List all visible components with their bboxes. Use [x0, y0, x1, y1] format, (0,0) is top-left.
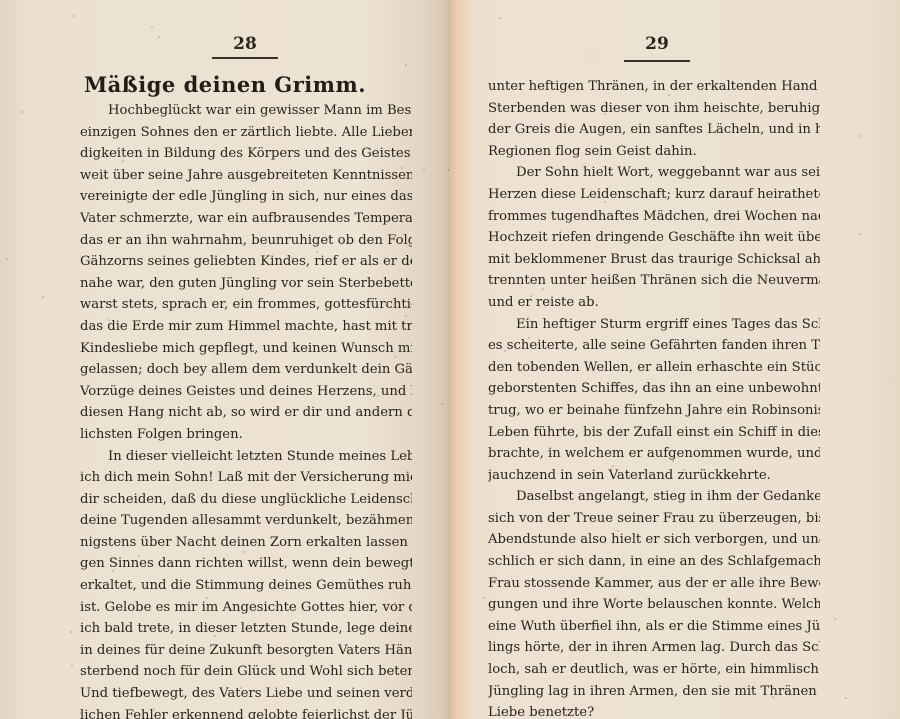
paper-speck [668, 94, 670, 96]
text-line: Der Sohn hielt Wort, weggebannt war aus … [488, 162, 820, 184]
paper-speck [594, 625, 596, 627]
text-line: sterbend noch für dein Glück und Wohl si… [80, 661, 412, 683]
paper-speck [70, 631, 72, 633]
text-line: in deines für deine Zukunft besorgten Va… [80, 640, 412, 662]
paper-speck [483, 597, 485, 599]
text-line: jauchzend in sein Vaterland zurückkehrte… [488, 465, 820, 487]
paper-speck [103, 175, 105, 177]
text-line: unter heftigen Thränen, in der erkaltend… [488, 76, 820, 98]
paper-speck [860, 135, 862, 137]
paper-speck [448, 169, 450, 171]
text-line: eine Wuth überfiel ihn, als er die Stimm… [488, 616, 820, 638]
text-line: nigstens über Nacht deinen Zorn erkalten… [80, 532, 412, 554]
text-line: Ein heftiger Sturm ergriff eines Tages d… [488, 314, 820, 336]
paper-speck [42, 296, 44, 298]
paper-speck [122, 160, 124, 162]
text-line: gelassen; doch bey allem dem verdunkelt … [80, 359, 412, 381]
paper-speck [377, 395, 379, 397]
paper-speck [71, 665, 73, 667]
paper-speck [405, 64, 407, 66]
paper-speck [153, 708, 155, 710]
paper-speck [394, 602, 396, 604]
paper-speck [316, 251, 318, 253]
paper-speck [499, 17, 501, 19]
paper-speck [859, 233, 861, 235]
text-line: das er an ihn wahrnahm, beunruhiget ob d… [80, 230, 412, 252]
paper-speck [206, 597, 208, 599]
text-line: gungen und ihre Worte belauschen konnte.… [488, 594, 820, 616]
right-page: 29 unter heftigen Thränen, in der erkalt… [450, 0, 900, 719]
text-line: mit beklommener Brust das traurige Schic… [488, 249, 820, 271]
paper-speck [398, 364, 400, 366]
text-line: trug, wo er beinahe fünfzehn Jahre ein R… [488, 400, 820, 422]
page-number-rule [624, 60, 690, 62]
book-spread: 28 Mäßige deinen Grimm. Hochbeglückt war… [0, 0, 900, 719]
text-line: das die Erde mir zum Himmel machte, hast… [80, 316, 412, 338]
paper-speck [291, 257, 293, 259]
text-line: dir scheiden, daß du diese unglückliche … [80, 489, 412, 511]
text-line: Herzen diese Leidenschaft; kurz darauf h… [488, 184, 820, 206]
paper-speck [845, 697, 847, 699]
paper-speck [6, 258, 8, 260]
paper-speck [410, 627, 412, 629]
paper-speck [80, 712, 82, 714]
page-number: 28 [212, 34, 278, 54]
text-line: warst stets, sprach er, ein frommes, got… [80, 294, 412, 316]
text-line: Frau stossende Kammer, aus der er alle i… [488, 573, 820, 595]
text-line: In dieser vielleicht letzten Stunde mein… [80, 446, 412, 468]
text-line: lichen Fehler erkennend gelobte feierlic… [80, 705, 412, 719]
text-line: Leben führte, bis der Zufall einst ein S… [488, 422, 820, 444]
paper-speck [617, 530, 619, 532]
text-line: Vater schmerzte, war ein aufbrausendes T… [80, 208, 412, 230]
paper-speck [112, 570, 114, 572]
paper-speck [542, 288, 544, 290]
paper-speck [214, 635, 216, 637]
text-line: frommes tugendhaftes Mädchen, drei Woche… [488, 206, 820, 228]
paper-speck [394, 356, 396, 358]
text-line: Vorzüge deines Geistes und deines Herzen… [80, 381, 412, 403]
text-line: Jüngling lag in ihren Armen, den sie mit… [488, 681, 820, 703]
text-line: erkaltet, und die Stimmung deines Gemüth… [80, 575, 412, 597]
text-line: den tobenden Wellen, er allein erhaschte… [488, 357, 820, 379]
text-line: weit über seine Jahre ausgebreiteten Ken… [80, 165, 412, 187]
text-line: Abendstunde also hielt er sich verborgen… [488, 529, 820, 551]
text-line: Kindesliebe mich gepflegt, und keinen Wu… [80, 338, 412, 360]
text-line: loch, sah er deutlich, was er hörte, ein… [488, 659, 820, 681]
text-line: lings hörte, der in ihren Armen lag. Dur… [488, 637, 820, 659]
text-line: Und tiefbewegt, des Vaters Liebe und sei… [80, 683, 412, 705]
paper-speck [237, 170, 239, 172]
paper-speck [672, 460, 674, 462]
text-line: einzigen Sohnes den er zärtlich liebte. … [80, 122, 412, 144]
paper-speck [138, 555, 140, 557]
paper-speck [108, 319, 110, 321]
text-line: brachte, in welchem er aufgenommen wurde… [488, 443, 820, 465]
paper-speck [527, 317, 529, 319]
text-line: schlich er sich dann, in eine an des Sch… [488, 551, 820, 573]
paper-speck [530, 295, 532, 297]
paper-speck [401, 167, 403, 169]
paper-speck [73, 15, 75, 17]
paper-speck [683, 469, 685, 471]
body-text: unter heftigen Thränen, in der erkaltend… [488, 76, 820, 719]
paper-speck [528, 337, 530, 339]
paper-speck [636, 501, 638, 503]
paper-speck [492, 237, 494, 239]
text-line: es scheiterte, alle seine Gefährten fand… [488, 335, 820, 357]
paper-speck [441, 403, 443, 405]
paper-speck [612, 465, 614, 467]
text-line: Hochbeglückt war ein gewisser Mann im Be… [80, 100, 412, 122]
text-line: trennten unter heißen Thränen sich die N… [488, 270, 820, 292]
paper-speck [21, 111, 23, 113]
page-number-rule [212, 57, 278, 59]
text-line: nahe war, den guten Jüngling vor sein St… [80, 273, 412, 295]
text-line: und er reiste ab. [488, 292, 820, 314]
left-page: 28 Mäßige deinen Grimm. Hochbeglückt war… [0, 0, 450, 719]
paper-speck [758, 104, 760, 106]
text-line: vereinigte der edle Jüngling in sich, nu… [80, 186, 412, 208]
paper-speck [591, 55, 593, 57]
chapter-title: Mäßige deinen Grimm. [0, 72, 450, 97]
text-line: Daselbst angelangt, stieg in ihm der Ged… [488, 486, 820, 508]
text-line: ich dich mein Sohn! Laß mit der Versiche… [80, 467, 412, 489]
text-line: deine Tugenden allesammt verdunkelt, bez… [80, 510, 412, 532]
text-line: der Greis die Augen, ein sanftes Lächeln… [488, 119, 820, 141]
paper-speck [834, 618, 836, 620]
page-number: 29 [624, 34, 690, 54]
text-line: diesen Hang nicht ab, so wird er dir und… [80, 402, 412, 424]
text-line: ich bald trete, in dieser letzten Stunde… [80, 618, 412, 640]
text-line: sich von der Treue seiner Frau zu überze… [488, 508, 820, 530]
body-text: Hochbeglückt war ein gewisser Mann im Be… [80, 100, 412, 719]
paper-speck [151, 26, 153, 28]
paper-speck [504, 350, 506, 352]
paper-speck [240, 687, 242, 689]
paper-speck [405, 315, 407, 317]
text-line: geborstenten Schiffes, das ihn an eine u… [488, 378, 820, 400]
paper-speck [255, 561, 257, 563]
text-line: ist. Gelobe es mir im Angesichte Gottes … [80, 597, 412, 619]
paper-speck [423, 169, 425, 171]
paper-speck [243, 551, 245, 553]
paper-speck [806, 190, 808, 192]
text-line: gen Sinnes dann richten willst, wenn dei… [80, 553, 412, 575]
text-line: lichsten Folgen bringen. [80, 424, 412, 446]
paper-speck [604, 201, 606, 203]
text-line: Regionen flog sein Geist dahin. [488, 141, 820, 163]
text-line: Gähzorns seines geliebten Kindes, rief e… [80, 251, 412, 273]
paper-speck [193, 282, 195, 284]
text-line: digkeiten in Bildung des Körpers und des… [80, 143, 412, 165]
paper-speck [158, 36, 160, 38]
paper-speck [772, 696, 774, 698]
paper-speck [604, 113, 606, 115]
text-line: Liebe benetzte? [488, 702, 820, 719]
text-line: Hochzeit riefen dringende Geschäfte ihn … [488, 227, 820, 249]
text-line: Sterbenden was dieser von ihm heischte, … [488, 98, 820, 120]
